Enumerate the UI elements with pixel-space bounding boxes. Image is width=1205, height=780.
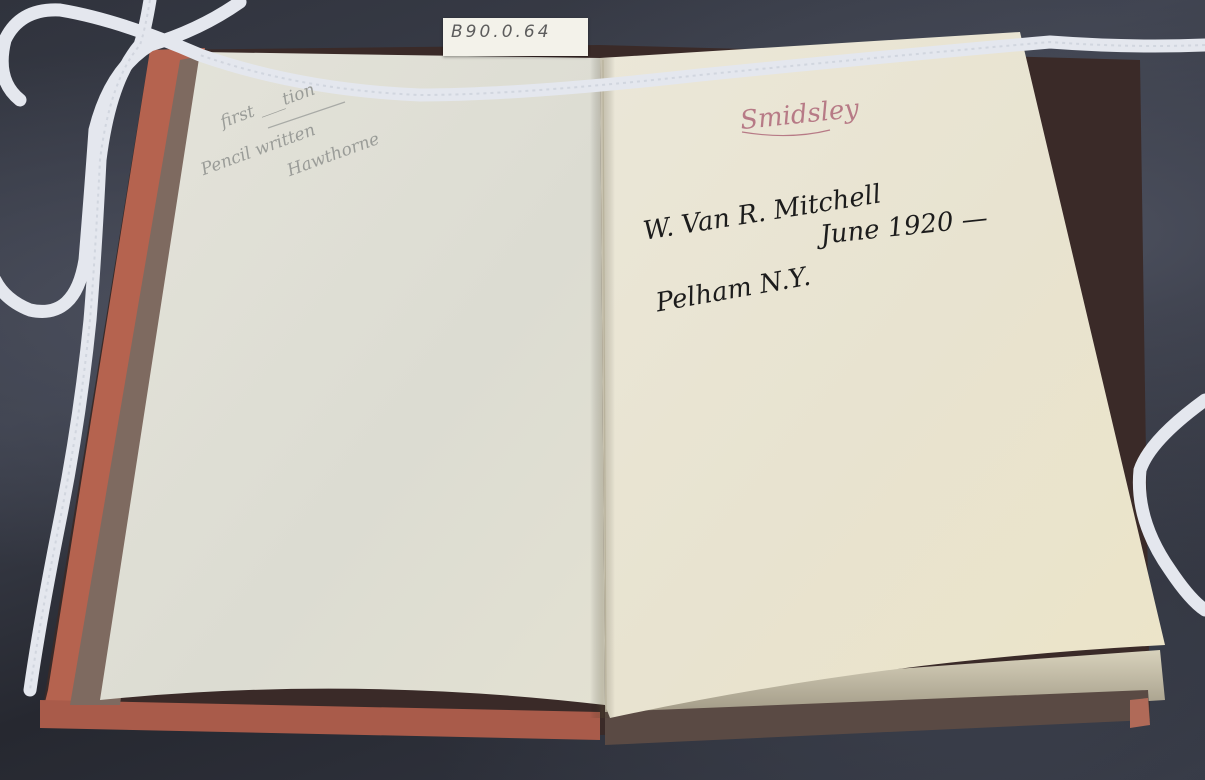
accession-number-label: B90.0.64 (443, 18, 588, 56)
book-photo-scene (0, 0, 1205, 780)
